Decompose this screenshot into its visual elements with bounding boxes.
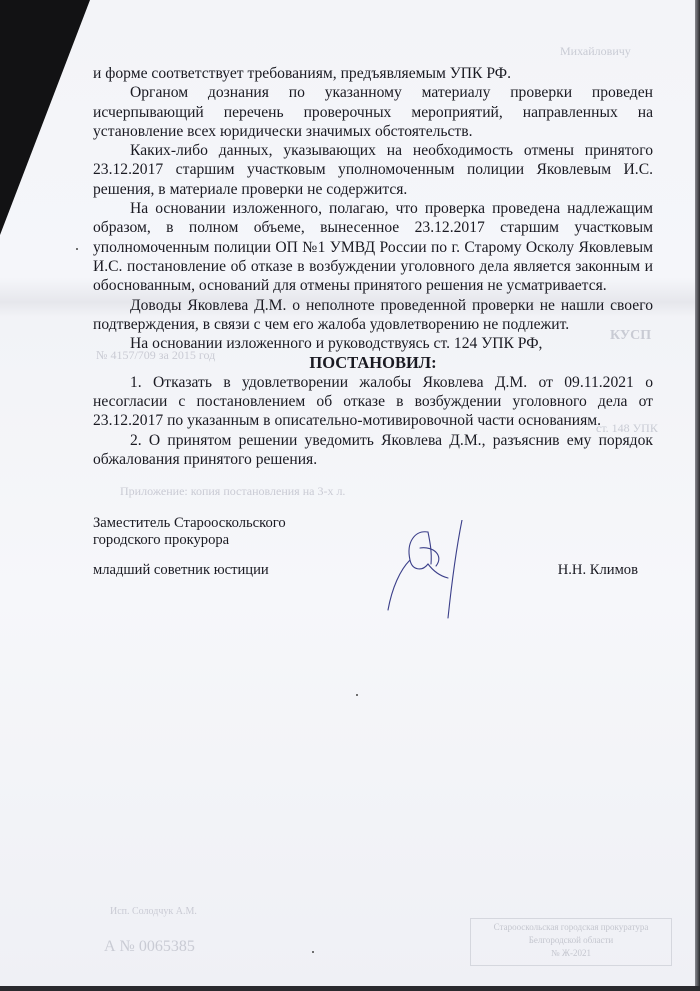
folded-corner-shadow xyxy=(0,0,90,235)
show-through-text: Приложение: копия постановления на 3-х л… xyxy=(120,484,345,499)
scan-speck xyxy=(356,694,358,696)
resolution-item: 1. Отказать в удовлетворении жалобы Яков… xyxy=(93,373,653,431)
show-through-text: Михайловичу xyxy=(560,44,631,59)
scan-edge-bottom xyxy=(0,986,700,991)
scan-edge-right xyxy=(695,0,700,991)
scanned-page: Михайловичу КУСП № 4157/709 за 2015 год … xyxy=(0,0,700,991)
paragraph: Органом дознания по указанному материалу… xyxy=(93,83,653,141)
document-body: и форме соответствует требованиям, предъ… xyxy=(93,64,653,469)
paragraph: На основании изложенного, полагаю, что п… xyxy=(93,199,653,295)
scan-speck xyxy=(76,248,78,250)
show-through-text: Исп. Солодчук А.М. xyxy=(110,906,197,917)
paragraph: и форме соответствует требованиям, предъ… xyxy=(93,64,653,83)
paragraph: Каких-либо данных, указывающих на необхо… xyxy=(93,141,653,199)
show-through-text: А № 0065385 xyxy=(104,938,195,956)
paragraph: Доводы Яковлева Д.М. о неполноте проведе… xyxy=(93,296,653,335)
signatory-name: Н.Н. Климов xyxy=(558,562,638,579)
resolution-heading: ПОСТАНОВИЛ: xyxy=(93,353,653,372)
signatory-rank: младший советник юстиции xyxy=(93,562,269,579)
handwritten-signature xyxy=(370,520,480,630)
paragraph: На основании изложенного и руководствуяс… xyxy=(93,334,653,353)
resolution-item: 2. О принятом решении уведомить Яковлева… xyxy=(93,431,653,470)
scan-speck xyxy=(312,951,314,953)
show-through-stamp: Старооскольская городская прокуратура Бе… xyxy=(470,918,672,966)
